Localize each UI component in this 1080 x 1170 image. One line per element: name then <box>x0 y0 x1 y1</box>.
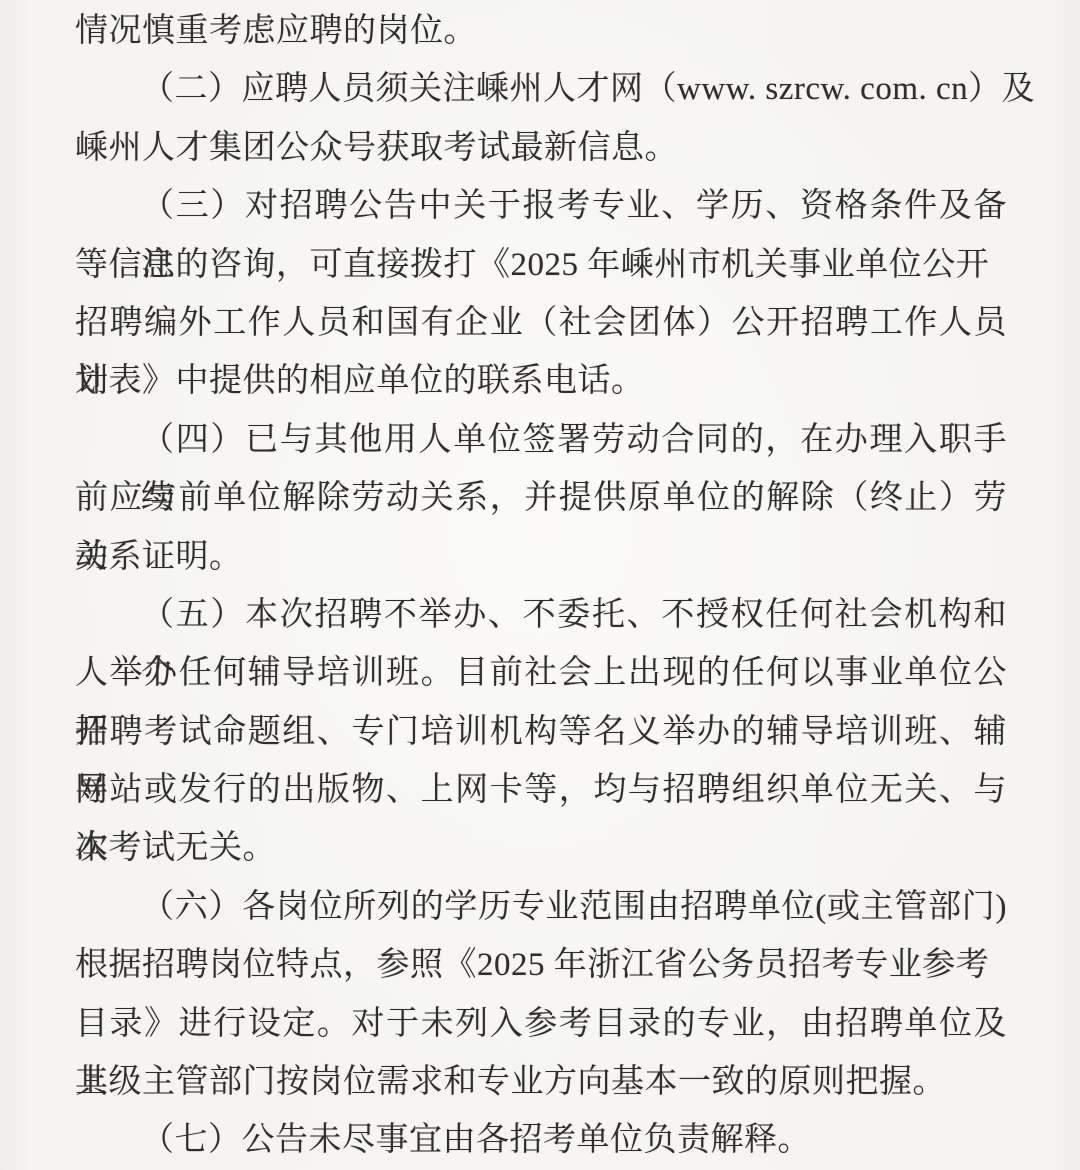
text-line: 目录》进行设定。对于未列入参考目录的专业，由招聘单位及其 <box>75 995 1007 1053</box>
text-line: （六）各岗位所列的学历专业范围由招聘单位(或主管部门) <box>75 878 1007 936</box>
text-line: 网站或发行的出版物、上网卡等，均与招聘组织单位无关、与本 <box>75 761 1007 819</box>
text-line: 次考试无关。 <box>75 819 1007 877</box>
text-line: （五）本次招聘不举办、不委托、不授权任何社会机构和个 <box>75 586 1007 644</box>
text-line: 嵊州人才集团公众号获取考试最新信息。 <box>75 119 1007 177</box>
text-line: （四）已与其他用人单位签署劳动合同的，在办理入职手续 <box>75 411 1007 469</box>
text-line: 划表》中提供的相应单位的联系电话。 <box>75 352 1007 410</box>
text-line: 招聘编外工作人员和国有企业（社会团体）公开招聘工作人员计 <box>75 294 1007 352</box>
scanned-document-page: 情况慎重考虑应聘的岗位。（二）应聘人员须关注嵊州人才网（www. szrcw. … <box>0 0 1080 1170</box>
text-line: （二）应聘人员须关注嵊州人才网（www. szrcw. com. cn）及 <box>75 60 1007 118</box>
text-line: 关系证明。 <box>75 528 1007 586</box>
text-line: 前应与前单位解除劳动关系，并提供原单位的解除（终止）劳动 <box>75 469 1007 527</box>
text-line: 人举办任何辅导培训班。目前社会上出现的任何以事业单位公开 <box>75 644 1007 702</box>
text-line: （三）对招聘公告中关于报考专业、学历、资格条件及备注 <box>75 177 1007 235</box>
text-line: 情况慎重考虑应聘的岗位。 <box>75 2 1007 60</box>
document-body: 情况慎重考虑应聘的岗位。（二）应聘人员须关注嵊州人才网（www. szrcw. … <box>75 2 1007 1170</box>
text-line: （七）公告未尽事宜由各招考单位负责解释。 <box>75 1111 1007 1169</box>
text-line: 根据招聘岗位特点，参照《2025 年浙江省公务员招考专业参考 <box>75 936 1007 994</box>
text-line: 等信息的咨询，可直接拨打《2025 年嵊州市机关事业单位公开 <box>75 236 1007 294</box>
text-line: 上级主管部门按岗位需求和专业方向基本一致的原则把握。 <box>75 1053 1007 1111</box>
text-line: 招聘考试命题组、专门培训机构等名义举办的辅导培训班、辅导 <box>75 703 1007 761</box>
